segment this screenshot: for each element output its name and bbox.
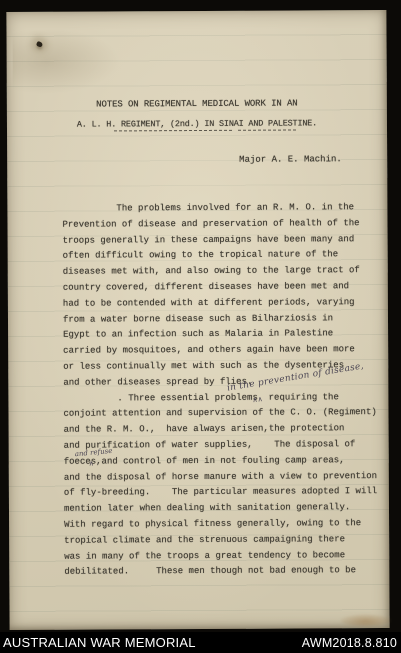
title-line-2: A. L. H. REGIMENT, (2nd.) IN SINAI AND P…	[7, 118, 387, 130]
document-page: NOTES ON REGIMENTAL MEDICAL WORK IN AN A…	[6, 10, 389, 630]
typed-line: The problems involved for an R. M. O. in…	[62, 200, 375, 217]
archive-caption-bar: AUSTRALIAN WAR MEMORIAL AWM2018.8.810	[0, 632, 401, 653]
title-line-1: NOTES ON REGIMENTAL MEDICAL WORK IN AN	[7, 98, 387, 110]
typed-line: troops generally in these campaigns have…	[63, 232, 376, 249]
archive-institution-label: AUSTRALIAN WAR MEMORIAL	[3, 635, 196, 650]
typed-line: and the R. M. O., have always arisen,the…	[64, 421, 377, 438]
paper-crease	[12, 29, 132, 100]
typed-line: tropical climate and the strenuous campa…	[64, 532, 377, 549]
typed-line: mention later when dealing with sanitati…	[64, 500, 377, 517]
typed-line: carried by mosquitoes, and others again …	[63, 342, 376, 359]
archive-accession-number: AWM2018.8.810	[302, 636, 397, 650]
photo-frame: NOTES ON REGIMENTAL MEDICAL WORK IN AN A…	[0, 0, 401, 653]
typed-body: The problems involved for an R. M. O. in…	[62, 200, 377, 581]
document-title: NOTES ON REGIMENTAL MEDICAL WORK IN AN A…	[7, 98, 387, 130]
typed-line: country covered, different diseases have…	[63, 279, 376, 296]
paper-stain	[340, 614, 392, 626]
typed-line: was in many of the troops a great tenden…	[64, 548, 377, 565]
typed-line: of fly-breeding. The particular measures…	[64, 484, 377, 501]
title-underline	[238, 129, 296, 130]
typed-line: conjoint attention and supervision of th…	[63, 405, 376, 422]
typed-line: Prevention of disease and preservation o…	[62, 216, 375, 233]
punch-hole-mark	[36, 41, 44, 48]
typed-line: With regard to physical fitness generall…	[64, 516, 377, 533]
typed-line: from a water borne disease such as Bilha…	[63, 311, 376, 328]
author-byline: Major A. E. Machin.	[239, 154, 342, 165]
typed-line: Egypt to an infection such as Malaria in…	[63, 326, 376, 343]
typed-line: foeces,and control of men in not fouling…	[64, 453, 377, 470]
title-underline	[114, 130, 232, 132]
caret-mark: ∧	[89, 460, 94, 468]
typed-line: debilitated. These men though not bad en…	[64, 563, 377, 580]
caret-mark: ∧∧	[252, 395, 263, 404]
typed-line: . Three essential problems requiring the	[63, 390, 376, 407]
typed-line: had to be contended with at different pe…	[63, 295, 376, 312]
typed-line: diseases met with, and also owing to the…	[63, 263, 376, 280]
typed-line: and the disposal of horse manure with a …	[64, 469, 377, 486]
typed-line: often difficult owing to the tropical na…	[63, 247, 376, 264]
